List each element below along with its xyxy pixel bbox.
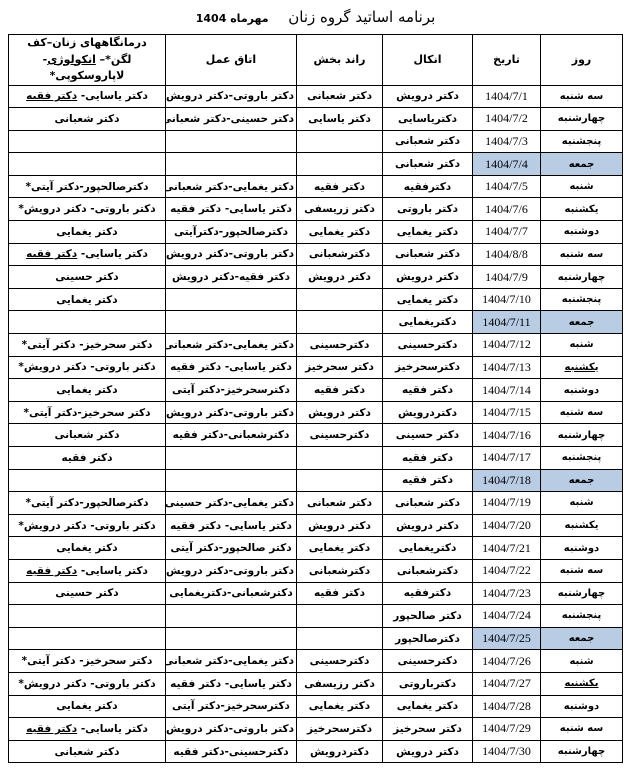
oncall-cell: دکتر فقیه bbox=[383, 469, 473, 492]
day-label: جمعه bbox=[569, 159, 595, 170]
oncall-cell: دکتریغمایی bbox=[383, 537, 473, 560]
clinic-cell: دکتر حسینی bbox=[9, 266, 166, 289]
schedule-row: دوشنبه1404/7/14دکتر فقیهدکتر فقیهدکترسحر… bbox=[9, 379, 623, 402]
schedule-row: جمعه1404/7/25دکترصالحپور bbox=[9, 627, 623, 650]
day-cell: سه شنبه bbox=[541, 718, 623, 741]
ward-round-cell: دکتر درویش bbox=[297, 514, 383, 537]
schedule-row: سه شنبه1404/7/1دکتر درویشدکتر شعبانیدکتر… bbox=[9, 85, 623, 108]
operating-room-cell: دکتر یاسایی- دکتر فقیه bbox=[166, 356, 297, 379]
date-cell: 1404/7/3 bbox=[473, 130, 541, 153]
date-cell: 1404/7/26 bbox=[473, 650, 541, 673]
schedule-row: جمعه1404/7/4دکتر شعبانی bbox=[9, 153, 623, 176]
clinic-underlined-text: دکتر فقیه bbox=[26, 723, 77, 735]
operating-room-cell: دکتر یاسایی- دکتر فقیه bbox=[166, 672, 297, 695]
ward-round-cell: دکترسحرخیز bbox=[297, 718, 383, 741]
title-month: مهرماه 1404 bbox=[196, 12, 269, 25]
clinic-text: دکتر یغمایی bbox=[56, 542, 117, 554]
schedule-row: یکشنبه1404/7/6دکتر باروتیدکتر زریسفیدکتر… bbox=[9, 198, 623, 221]
day-cell: سه شنبه bbox=[541, 243, 623, 266]
schedule-row: چهارشنبه1404/7/2دکتریاساییدکتر یاساییدکت… bbox=[9, 108, 623, 131]
date-cell: 1404/7/10 bbox=[473, 288, 541, 311]
schedule-row: پنجشنبه1404/7/24دکتر صالحپور bbox=[9, 605, 623, 628]
date-cell: 1404/7/30 bbox=[473, 740, 541, 763]
header-operating-room: اتاق عمل bbox=[166, 35, 297, 86]
header-clinic-oncology: انکولوژی bbox=[47, 53, 96, 66]
date-value: 1404/7/29 bbox=[482, 721, 531, 735]
date-cell: 1404/7/17 bbox=[473, 447, 541, 470]
day-cell: دوشنبه bbox=[541, 695, 623, 718]
ward-round-cell: دکترحسینی bbox=[297, 334, 383, 357]
clinic-text: دکتر یغمایی bbox=[56, 226, 117, 238]
date-value: 1404/7/24 bbox=[482, 608, 531, 622]
operating-room-cell: دکترصالحپور-دکترآیتی bbox=[166, 221, 297, 244]
day-cell: شنبه bbox=[541, 175, 623, 198]
operating-room-cell: دکتر یاسایی- دکتر فقیه bbox=[166, 514, 297, 537]
schedule-row: سه شنبه1404/7/15دکتردرویشدکتر درویشدکتر … bbox=[9, 401, 623, 424]
clinic-underlined-text: دکتر فقیه bbox=[26, 90, 77, 102]
date-cell: 1404/7/24 bbox=[473, 605, 541, 628]
day-cell: سه شنبه bbox=[541, 85, 623, 108]
date-value: 1404/7/21 bbox=[482, 541, 531, 555]
schedule-row: یکشنبه1404/7/20دکتر درویشدکتر درویشدکتر … bbox=[9, 514, 623, 537]
schedule-table: روز تاریخ انکال راند بخش اتاق عمل درمانگ… bbox=[8, 34, 623, 763]
operating-room-cell: دکترشعبانی-دکتر فقیه bbox=[166, 424, 297, 447]
clinic-text: دکتر یاسایی- bbox=[77, 248, 148, 260]
clinic-cell: دکتر یغمایی bbox=[9, 695, 166, 718]
clinic-cell: دکتر حسینی bbox=[9, 582, 166, 605]
day-label: شنبه bbox=[569, 181, 593, 192]
day-cell: چهارشنبه bbox=[541, 266, 623, 289]
ward-round-cell: دکتر یغمایی bbox=[297, 221, 383, 244]
operating-room-cell: دکترحسینی-دکتر فقیه bbox=[166, 740, 297, 763]
day-cell: جمعه bbox=[541, 311, 623, 334]
operating-room-cell: دکترسحرخیز-دکتر آیتی bbox=[166, 695, 297, 718]
ward-round-cell: دکتر یغمایی bbox=[297, 695, 383, 718]
schedule-row: شنبه1404/7/19دکتر شعبانیدکتر شعبانیدکتر … bbox=[9, 492, 623, 515]
ward-round-cell: دکتر درویش bbox=[297, 266, 383, 289]
schedule-row: چهارشنبه1404/7/16دکتر حسینیدکترحسینیدکتر… bbox=[9, 424, 623, 447]
ward-round-cell: دکتر رزیسفی bbox=[297, 672, 383, 695]
clinic-text: دکتر یغمایی bbox=[56, 384, 117, 396]
schedule-row: شنبه1404/7/26دکترحسینیدکترحسینیدکتر یغما… bbox=[9, 650, 623, 673]
clinic-text: دکتر یغمایی bbox=[56, 294, 117, 306]
operating-room-cell bbox=[166, 130, 297, 153]
clinic-text: دکترصالحپور-دکتر آیتی* bbox=[25, 497, 148, 509]
date-cell: 1404/7/25 bbox=[473, 627, 541, 650]
day-label: چهارشنبه bbox=[558, 430, 605, 441]
ward-round-cell: دکتر شعبانی bbox=[297, 85, 383, 108]
oncall-cell: دکتر شعبانی bbox=[383, 243, 473, 266]
day-cell: یکشنبه bbox=[541, 672, 623, 695]
clinic-text: دکتر باروتی- دکتر درویش* bbox=[18, 678, 155, 690]
header-clinic: درمانگاههای زنان–کف لگن*– انکولوژی-لاپار… bbox=[9, 35, 166, 86]
ward-round-cell: دکترحسینی bbox=[297, 424, 383, 447]
date-value: 1404/7/19 bbox=[482, 495, 531, 509]
day-label: سه شنبه bbox=[560, 723, 603, 734]
date-cell: 1404/7/4 bbox=[473, 153, 541, 176]
oncall-cell: دکتر درویش bbox=[383, 266, 473, 289]
day-label: چهارشنبه bbox=[558, 588, 605, 599]
schedule-row: جمعه1404/7/18دکتر فقیه bbox=[9, 469, 623, 492]
date-value: 1404/7/9 bbox=[485, 270, 528, 284]
clinic-cell: دکترصالحپور-دکتر آیتی* bbox=[9, 492, 166, 515]
clinic-cell: دکترصالحپور-دکتر آیتی* bbox=[9, 175, 166, 198]
operating-room-cell: دکتر یاسایی- دکتر فقیه bbox=[166, 198, 297, 221]
clinic-cell: دکتر یغمایی bbox=[9, 221, 166, 244]
oncall-cell: دکتریغمایی bbox=[383, 311, 473, 334]
date-value: 1404/7/1 bbox=[485, 89, 528, 103]
date-cell: 1404/7/19 bbox=[473, 492, 541, 515]
day-cell: پنجشنبه bbox=[541, 447, 623, 470]
oncall-cell: دکتردرویش bbox=[383, 401, 473, 424]
day-label: شنبه bbox=[569, 497, 593, 508]
day-label: پنجشنبه bbox=[562, 136, 601, 147]
date-value: 1404/7/12 bbox=[482, 337, 531, 351]
schedule-row: یکشنبه1404/7/27دکترباروتیدکتر رزیسفیدکتر… bbox=[9, 672, 623, 695]
oncall-cell: دکتر صالحپور bbox=[383, 605, 473, 628]
operating-room-cell: دکترشعبانی-دکتریغمایی bbox=[166, 582, 297, 605]
ward-round-cell: دکتر فقیه bbox=[297, 379, 383, 402]
day-cell: شنبه bbox=[541, 334, 623, 357]
date-value: 1404/7/14 bbox=[482, 383, 531, 397]
day-label: چهارشنبه bbox=[558, 272, 605, 283]
ward-round-cell bbox=[297, 311, 383, 334]
clinic-cell bbox=[9, 130, 166, 153]
oncall-cell: دکترفقیه bbox=[383, 582, 473, 605]
schedule-row: پنجشنبه1404/7/3دکتر شعبانی bbox=[9, 130, 623, 153]
day-label: سه شنبه bbox=[560, 91, 603, 102]
date-cell: 1404/7/14 bbox=[473, 379, 541, 402]
oncall-cell: دکتر درویش bbox=[383, 85, 473, 108]
operating-room-cell: دکتر باروتی-دکتر درویش bbox=[166, 559, 297, 582]
schedule-row: سه شنبه1404/8/8دکتر شعبانیدکترشعبانیدکتر… bbox=[9, 243, 623, 266]
oncall-cell: دکتر فقیه bbox=[383, 447, 473, 470]
operating-room-cell: دکتر یغمایی-دکتر شعبانی bbox=[166, 334, 297, 357]
date-cell: 1404/7/12 bbox=[473, 334, 541, 357]
day-label: شنبه bbox=[569, 339, 593, 350]
day-cell: یکشنبه bbox=[541, 514, 623, 537]
clinic-underlined-text: دکتر فقیه bbox=[26, 248, 77, 260]
date-cell: 1404/7/15 bbox=[473, 401, 541, 424]
date-cell: 1404/7/23 bbox=[473, 582, 541, 605]
day-label: شنبه bbox=[569, 656, 593, 667]
date-value: 1404/7/27 bbox=[482, 676, 531, 690]
clinic-text: دکتر شعبانی bbox=[54, 746, 119, 758]
title-text: برنامه اساتید گروه زنان bbox=[288, 8, 435, 26]
oncall-cell: دکتر باروتی bbox=[383, 198, 473, 221]
header-row: روز تاریخ انکال راند بخش اتاق عمل درمانگ… bbox=[9, 35, 623, 86]
day-cell: پنجشنبه bbox=[541, 288, 623, 311]
oncall-cell: دکتر شعبانی bbox=[383, 153, 473, 176]
date-cell: 1404/7/6 bbox=[473, 198, 541, 221]
ward-round-cell: دکتر فقیه bbox=[297, 582, 383, 605]
schedule-page: { "page": { "title_main": "برنامه اساتید… bbox=[0, 0, 631, 770]
oncall-cell: دکتر شعبانی bbox=[383, 130, 473, 153]
day-cell: سه شنبه bbox=[541, 401, 623, 424]
operating-room-cell: دکترسحرخیز-دکتر آیتی bbox=[166, 379, 297, 402]
clinic-cell: دکتر شعبانی bbox=[9, 424, 166, 447]
oncall-cell: دکترسحرخیز bbox=[383, 356, 473, 379]
day-cell: چهارشنبه bbox=[541, 582, 623, 605]
clinic-cell: دکتر یاسایی- دکتر فقیه bbox=[9, 718, 166, 741]
oncall-cell: دکترصالحپور bbox=[383, 627, 473, 650]
operating-room-cell: دکتر یغمایی-دکتر حسینی bbox=[166, 492, 297, 515]
day-label: یکشنبه bbox=[565, 204, 599, 215]
header-ward-round: راند بخش bbox=[297, 35, 383, 86]
date-cell: 1404/7/1 bbox=[473, 85, 541, 108]
clinic-text: دکتر فقیه bbox=[61, 452, 112, 464]
oncall-cell: دکتر درویش bbox=[383, 740, 473, 763]
oncall-cell: دکتر یغمایی bbox=[383, 221, 473, 244]
ward-round-cell: دکتر یاسایی bbox=[297, 108, 383, 131]
operating-room-cell bbox=[166, 288, 297, 311]
date-cell: 1404/7/22 bbox=[473, 559, 541, 582]
day-label: چهارشنبه bbox=[558, 113, 605, 124]
clinic-cell: دکتر یغمایی bbox=[9, 288, 166, 311]
oncall-cell: دکتریاسایی bbox=[383, 108, 473, 131]
clinic-cell: دکتر یغمایی bbox=[9, 379, 166, 402]
ward-round-cell: دکتر زریسفی bbox=[297, 198, 383, 221]
clinic-text: دکتر یغمایی bbox=[56, 700, 117, 712]
operating-room-cell: دکتر حسینی-دکتر شعبانی bbox=[166, 108, 297, 131]
day-label: چهارشنبه bbox=[558, 746, 605, 757]
schedule-row: سه شنبه1404/7/22دکترشعبانیدکترشعبانیدکتر… bbox=[9, 559, 623, 582]
operating-room-cell: دکتر یغمایی-دکتر شعبانی bbox=[166, 175, 297, 198]
clinic-cell bbox=[9, 605, 166, 628]
day-label: دوشنبه bbox=[564, 543, 599, 554]
operating-room-cell bbox=[166, 153, 297, 176]
oncall-cell: دکتر یغمایی bbox=[383, 288, 473, 311]
page-title: برنامه اساتید گروه زنان مهرماه 1404 bbox=[0, 0, 631, 32]
clinic-cell bbox=[9, 469, 166, 492]
schedule-body: سه شنبه1404/7/1دکتر درویشدکتر شعبانیدکتر… bbox=[9, 85, 623, 763]
day-cell: دوشنبه bbox=[541, 379, 623, 402]
title-spacer bbox=[274, 8, 284, 26]
schedule-row: سه شنبه1404/7/29دکتر سحرخیزدکترسحرخیزدکت… bbox=[9, 718, 623, 741]
clinic-text: دکتر باروتی- دکتر درویش* bbox=[18, 361, 155, 373]
day-cell: چهارشنبه bbox=[541, 108, 623, 131]
date-cell: 1404/7/29 bbox=[473, 718, 541, 741]
date-cell: 1404/7/16 bbox=[473, 424, 541, 447]
day-label: جمعه bbox=[569, 475, 595, 486]
date-value: 1404/7/4 bbox=[485, 157, 528, 171]
day-cell: جمعه bbox=[541, 627, 623, 650]
clinic-text: دکتر یاسایی- bbox=[77, 723, 148, 735]
clinic-cell: دکتر فقیه bbox=[9, 447, 166, 470]
clinic-cell bbox=[9, 627, 166, 650]
ward-round-cell: دکتردرویش bbox=[297, 740, 383, 763]
day-label: دوشنبه bbox=[564, 226, 599, 237]
header-date: تاریخ bbox=[473, 35, 541, 86]
ward-round-cell: دکترشعبانی bbox=[297, 243, 383, 266]
date-value: 1404/7/7 bbox=[485, 224, 528, 238]
day-cell: پنجشنبه bbox=[541, 605, 623, 628]
oncall-cell: دکتر درویش bbox=[383, 514, 473, 537]
ward-round-cell: دکترحسینی bbox=[297, 650, 383, 673]
date-value: 1404/7/26 bbox=[482, 654, 531, 668]
ward-round-cell bbox=[297, 288, 383, 311]
ward-round-cell: دکتر درویش bbox=[297, 401, 383, 424]
day-label: پنجشنبه bbox=[562, 610, 601, 621]
day-label: دوشنبه bbox=[564, 385, 599, 396]
clinic-cell bbox=[9, 311, 166, 334]
clinic-text: دکترصالحپور-دکتر آیتی* bbox=[25, 181, 148, 193]
ward-round-cell bbox=[297, 153, 383, 176]
oncall-cell: دکترفقیه bbox=[383, 175, 473, 198]
schedule-row: دوشنبه1404/7/21دکتریغماییدکتر یغماییدکتر… bbox=[9, 537, 623, 560]
schedule-row: دوشنبه1404/7/7دکتر یغماییدکتر یغماییدکتر… bbox=[9, 221, 623, 244]
day-cell: چهارشنبه bbox=[541, 740, 623, 763]
ward-round-cell bbox=[297, 469, 383, 492]
day-label: یکشنبه bbox=[565, 362, 599, 373]
day-cell: سه شنبه bbox=[541, 559, 623, 582]
day-cell: چهارشنبه bbox=[541, 424, 623, 447]
oncall-cell: دکترحسینی bbox=[383, 334, 473, 357]
day-label: یکشنبه bbox=[565, 520, 599, 531]
operating-room-cell bbox=[166, 311, 297, 334]
clinic-text: دکتر یاسایی- bbox=[77, 565, 148, 577]
ward-round-cell: دکترشعبانی bbox=[297, 559, 383, 582]
day-cell: شنبه bbox=[541, 650, 623, 673]
day-cell: جمعه bbox=[541, 153, 623, 176]
clinic-text: دکتر باروتی- دکتر درویش* bbox=[18, 203, 155, 215]
day-cell: یکشنبه bbox=[541, 356, 623, 379]
clinic-cell: دکتر شعبانی bbox=[9, 108, 166, 131]
clinic-cell: دکتر یاسایی- دکتر فقیه bbox=[9, 559, 166, 582]
day-label: جمعه bbox=[569, 317, 595, 328]
date-cell: 1404/7/27 bbox=[473, 672, 541, 695]
clinic-text: دکتر باروتی- دکتر درویش* bbox=[18, 520, 155, 532]
clinic-cell: دکتر باروتی- دکتر درویش* bbox=[9, 672, 166, 695]
operating-room-cell: دکتر صالحپور-دکتر آیتی bbox=[166, 537, 297, 560]
oncall-cell: دکتر فقیه bbox=[383, 379, 473, 402]
ward-round-cell bbox=[297, 447, 383, 470]
date-value: 1404/7/11 bbox=[482, 315, 530, 329]
clinic-text: دکتر حسینی bbox=[55, 587, 118, 599]
date-cell: 1404/7/18 bbox=[473, 469, 541, 492]
day-label: سه شنبه bbox=[560, 565, 603, 576]
day-cell: پنجشنبه bbox=[541, 130, 623, 153]
date-value: 1404/7/18 bbox=[482, 473, 531, 487]
date-cell: 1404/7/13 bbox=[473, 356, 541, 379]
day-label: پنجشنبه bbox=[562, 294, 601, 305]
date-value: 1404/7/30 bbox=[482, 744, 531, 758]
oncall-cell: دکترحسینی bbox=[383, 650, 473, 673]
day-label: یکشنبه bbox=[565, 678, 599, 689]
schedule-row: یکشنبه1404/7/13دکترسحرخیزدکتر سحرخیزدکتر… bbox=[9, 356, 623, 379]
date-value: 1404/7/20 bbox=[482, 518, 531, 532]
operating-room-cell: دکتر باروتی-دکتر درویش bbox=[166, 401, 297, 424]
schedule-row: شنبه1404/7/12دکترحسینیدکترحسینیدکتر یغما… bbox=[9, 334, 623, 357]
date-cell: 1404/7/7 bbox=[473, 221, 541, 244]
oncall-cell: دکتر سحرخیز bbox=[383, 718, 473, 741]
oncall-cell: دکترشعبانی bbox=[383, 559, 473, 582]
schedule-row: جمعه1404/7/11دکتریغمایی bbox=[9, 311, 623, 334]
date-value: 1404/7/16 bbox=[482, 428, 531, 442]
operating-room-cell: دکتر یغمایی-دکتر شعبانی bbox=[166, 650, 297, 673]
clinic-text: دکتر سحرخیز-دکتر آیتی* bbox=[23, 407, 150, 419]
clinic-cell: دکتر یاسایی- دکتر فقیه bbox=[9, 243, 166, 266]
schedule-row: چهارشنبه1404/7/9دکتر درویشدکتر درویشدکتر… bbox=[9, 266, 623, 289]
date-value: 1404/7/2 bbox=[485, 111, 528, 125]
operating-room-cell: دکتر فقیه-دکتر درویش bbox=[166, 266, 297, 289]
clinic-cell: دکتر سحرخیز- دکتر آیتی* bbox=[9, 334, 166, 357]
schedule-row: شنبه1404/7/5دکترفقیهدکتر فقیهدکتر یغمایی… bbox=[9, 175, 623, 198]
date-cell: 1404/7/11 bbox=[473, 311, 541, 334]
clinic-underlined-text: دکتر فقیه bbox=[26, 565, 77, 577]
operating-room-cell bbox=[166, 627, 297, 650]
date-value: 1404/7/28 bbox=[482, 699, 531, 713]
date-value: 1404/7/15 bbox=[482, 405, 531, 419]
clinic-cell bbox=[9, 153, 166, 176]
oncall-cell: دکتر یغمایی bbox=[383, 695, 473, 718]
date-cell: 1404/7/2 bbox=[473, 108, 541, 131]
day-label: دوشنبه bbox=[564, 701, 599, 712]
schedule-row: دوشنبه1404/7/28دکتر یغماییدکتر یغماییدکت… bbox=[9, 695, 623, 718]
date-value: 1404/8/8 bbox=[485, 247, 528, 261]
clinic-cell: دکتر سحرخیز- دکتر آیتی* bbox=[9, 650, 166, 673]
clinic-cell: دکتر یغمایی bbox=[9, 537, 166, 560]
schedule-row: پنجشنبه1404/7/17دکتر فقیهدکتر فقیه bbox=[9, 447, 623, 470]
ward-round-cell bbox=[297, 605, 383, 628]
date-value: 1404/7/17 bbox=[482, 450, 531, 464]
clinic-text: دکتر شعبانی bbox=[54, 113, 119, 125]
day-label: پنجشنبه bbox=[562, 452, 601, 463]
operating-room-cell: دکتر باروتی-دکتر درویش bbox=[166, 718, 297, 741]
ward-round-cell bbox=[297, 130, 383, 153]
date-value: 1404/7/23 bbox=[482, 586, 531, 600]
date-cell: 1404/7/5 bbox=[473, 175, 541, 198]
operating-room-cell bbox=[166, 447, 297, 470]
schedule-row: پنجشنبه1404/7/10دکتر یغماییدکتر یغمایی bbox=[9, 288, 623, 311]
ward-round-cell: دکتر یغمایی bbox=[297, 537, 383, 560]
clinic-cell: دکتر شعبانی bbox=[9, 740, 166, 763]
date-cell: 1404/7/20 bbox=[473, 514, 541, 537]
ward-round-cell: دکتر فقیه bbox=[297, 175, 383, 198]
date-value: 1404/7/3 bbox=[485, 134, 528, 148]
clinic-cell: دکتر باروتی- دکتر درویش* bbox=[9, 198, 166, 221]
date-value: 1404/7/22 bbox=[482, 563, 531, 577]
operating-room-cell: دکتر باروتی-دکتر درویش bbox=[166, 243, 297, 266]
clinic-text: دکتر یاسایی- bbox=[77, 90, 148, 102]
day-cell: دوشنبه bbox=[541, 221, 623, 244]
operating-room-cell bbox=[166, 469, 297, 492]
header-day: روز bbox=[541, 35, 623, 86]
operating-room-cell bbox=[166, 605, 297, 628]
day-label: سه شنبه bbox=[560, 249, 603, 260]
clinic-text: دکتر حسینی bbox=[55, 271, 118, 283]
operating-room-cell: دکتر باروتی-دکتر درویش bbox=[166, 85, 297, 108]
header-oncall: انکال bbox=[383, 35, 473, 86]
day-label: جمعه bbox=[569, 633, 595, 644]
clinic-cell: دکتر یاسایی- دکتر فقیه bbox=[9, 85, 166, 108]
date-value: 1404/7/6 bbox=[485, 202, 528, 216]
clinic-cell: دکتر سحرخیز-دکتر آیتی* bbox=[9, 401, 166, 424]
day-cell: دوشنبه bbox=[541, 537, 623, 560]
date-value: 1404/7/5 bbox=[485, 179, 528, 193]
ward-round-cell: دکتر شعبانی bbox=[297, 492, 383, 515]
date-cell: 1404/7/21 bbox=[473, 537, 541, 560]
oncall-cell: دکتر شعبانی bbox=[383, 492, 473, 515]
date-cell: 1404/7/28 bbox=[473, 695, 541, 718]
day-cell: جمعه bbox=[541, 469, 623, 492]
date-value: 1404/7/25 bbox=[482, 631, 531, 645]
date-cell: 1404/7/9 bbox=[473, 266, 541, 289]
clinic-cell: دکتر باروتی- دکتر درویش* bbox=[9, 514, 166, 537]
schedule-row: چهارشنبه1404/7/23دکترفقیهدکتر فقیهدکترشع… bbox=[9, 582, 623, 605]
date-cell: 1404/8/8 bbox=[473, 243, 541, 266]
clinic-text: دکتر سحرخیز- دکتر آیتی* bbox=[22, 655, 153, 667]
